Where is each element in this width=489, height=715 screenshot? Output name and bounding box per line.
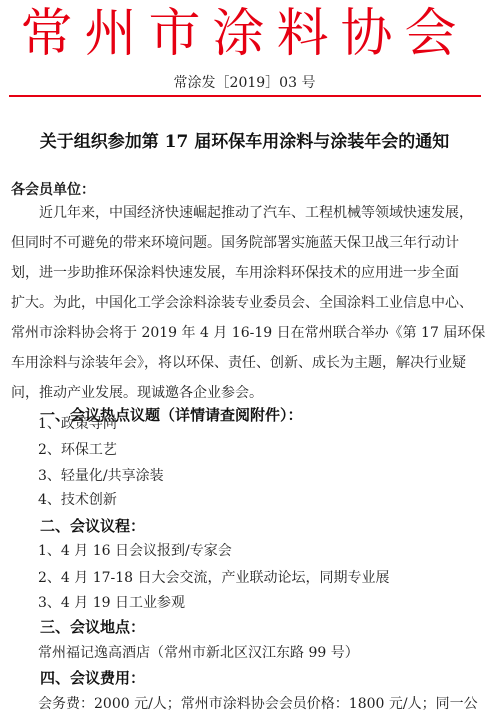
- document-number: 常涂发［2019］03 号: [0, 74, 489, 92]
- body-line: 但同时不可避免的带来环境问题。国务院部署实施蓝天保卫战三年行动计: [11, 233, 481, 253]
- body-line: 近几年来，中国经济快速崛起推动了汽车、工程机械等领域快速发展，: [11, 203, 481, 223]
- notice-title: 关于组织参加第 17 届环保车用涂料与涂装年会的通知: [0, 131, 489, 153]
- salutation: 各会员单位：: [11, 180, 95, 200]
- topic-item: 2、环保工艺: [38, 440, 117, 460]
- topic-item: 3、轻量化/共享涂装: [38, 466, 164, 486]
- fee-line: 会务费：2000 元/人；常州市涂料协会会员价格：1800 元/人；同一公: [38, 694, 478, 714]
- header-divider: [9, 95, 481, 97]
- topic-item: 1、政策导向: [38, 414, 117, 434]
- section-heading: 二、会议议程：: [40, 516, 145, 536]
- body-line: 问，推动产业发展。现诚邀各企业参会。: [11, 383, 481, 403]
- agenda-item: 3、4 月 19 日工业参观: [38, 593, 185, 613]
- body-line: 划，进一步助推环保涂料快速发展，车用涂料环保技术的应用进一步全面: [11, 263, 481, 283]
- body-line: 车用涂料与涂装年会》，将以环保、责任、创新、成长为主题，解决行业疑: [11, 353, 481, 373]
- topic-item: 4、技术创新: [38, 490, 117, 510]
- section-heading: 四、会议费用：: [40, 668, 145, 688]
- association-title: 常州市涂料协会: [0, 4, 489, 64]
- section-heading: 三、会议地点：: [40, 617, 145, 637]
- body-line: 常州市涂料协会将于 2019 年 4 月 16-19 日在常州联合举办《第 17…: [11, 323, 481, 343]
- agenda-item: 1、4 月 16 日会议报到/专家会: [38, 541, 232, 561]
- agenda-item: 2、4 月 17-18 日大会交流，产业联动论坛，同期专业展: [38, 568, 390, 588]
- venue-address: 常州福记逸高酒店（常州市新北区汉江东路 99 号）: [38, 643, 359, 663]
- body-line: 扩大。为此，中国化工学会涂料涂装专业委员会、全国涂料工业信息中心、: [11, 293, 481, 313]
